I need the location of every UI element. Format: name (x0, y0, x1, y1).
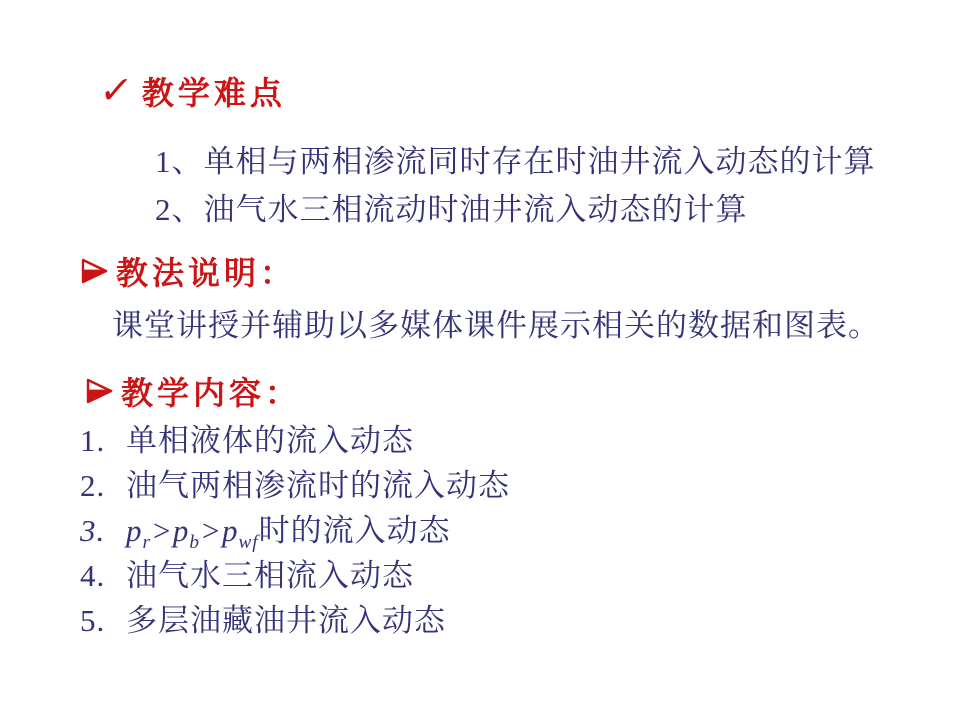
content-item-text: 时的流入动态 (259, 513, 451, 548)
arrowhead-icon (80, 256, 110, 286)
formula-gt: > (200, 513, 222, 548)
content-item-text: 油气两相渗流时的流入动态 (126, 468, 510, 503)
content-item-text: 单相液体的流入动态 (126, 423, 414, 458)
section-heading-difficulty: ✓ 教学难点 (100, 68, 286, 114)
formula-p: p (222, 513, 239, 548)
content-item: 1. 单相液体的流入动态 (80, 418, 510, 463)
content-item-number: 3. (80, 508, 105, 553)
content-item: 4. 油气水三相流入动态 (80, 553, 510, 598)
section-heading-difficulty-label: 教学难点 (142, 68, 286, 114)
formula-sub-b: b (189, 532, 200, 553)
formula-p: p (173, 513, 190, 548)
method-body-text: 课堂讲授并辅助以多媒体课件展示相关的数据和图表。 (112, 303, 880, 350)
content-item-text: 油气水三相流入动态 (126, 558, 414, 593)
content-item-formula: 3. pr>pb>pwf时的流入动态 (80, 508, 510, 553)
section-heading-method-label: 教法说明： (116, 248, 296, 294)
content-item-number: 4. (80, 553, 105, 598)
content-item-text: 多层油藏油井流入动态 (126, 603, 446, 638)
presentation-slide: ✓ 教学难点 1、单相与两相渗流同时存在时油井流入动态的计算 2、油气水三相流动… (0, 0, 960, 720)
difficulty-items: 1、单相与两相渗流同时存在时油井流入动态的计算 2、油气水三相流动时油井流入动态… (155, 138, 876, 234)
formula-p: p (126, 513, 143, 548)
difficulty-item: 2、油气水三相流动时油井流入动态的计算 (155, 186, 876, 234)
content-item: 5. 多层油藏油井流入动态 (80, 598, 510, 643)
content-item-number: 1. (80, 418, 105, 463)
section-heading-content-label: 教学内容： (121, 368, 301, 414)
section-heading-method: 教法说明： (80, 248, 296, 294)
difficulty-item: 1、单相与两相渗流同时存在时油井流入动态的计算 (155, 138, 876, 186)
content-item-number: 2. (80, 463, 105, 508)
content-list: 1. 单相液体的流入动态 2. 油气两相渗流时的流入动态 3. pr>pb>pw… (80, 418, 510, 643)
formula-gt: > (151, 513, 173, 548)
pressure-inequality-formula: pr>pb>pwf (126, 513, 259, 548)
formula-sub-wf: wf (238, 532, 258, 553)
content-item-number: 5. (80, 598, 105, 643)
checkmark-icon: ✓ (97, 72, 138, 110)
arrowhead-icon (85, 376, 115, 406)
formula-sub-r: r (143, 532, 151, 553)
section-heading-content: 教学内容： (85, 368, 301, 414)
content-item: 2. 油气两相渗流时的流入动态 (80, 463, 510, 508)
